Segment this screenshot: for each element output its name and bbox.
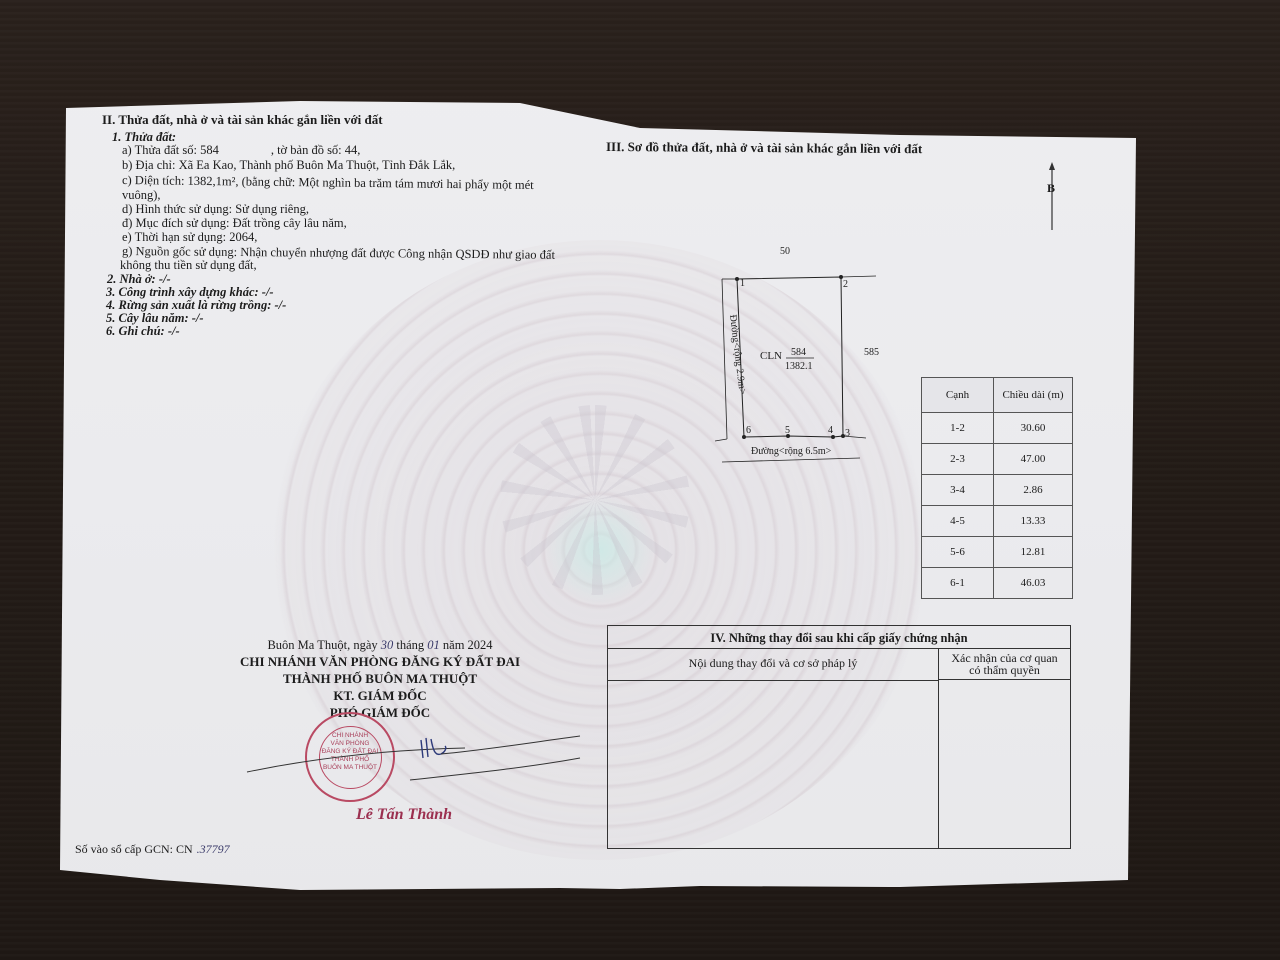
header-length: Chiều dài (m) (994, 378, 1073, 413)
svg-text:Đường<rộng 6.5m>: Đường<rộng 6.5m> (751, 446, 832, 457)
signature-block: Buôn Ma Thuột, ngày 30 tháng 01 năm 2024… (230, 638, 530, 721)
svg-text:584: 584 (791, 347, 806, 358)
usage-term-line: e) Thời hạn sử dụng: 2064, (122, 230, 257, 245)
signer-name: Lê Tấn Thành (356, 806, 452, 824)
area-line: c) Diện tích: 1382,1m², (bằng chữ: Một n… (122, 173, 534, 193)
changes-table: IV. Những thay đổi sau khi cấp giấy chứn… (607, 625, 1071, 849)
north-arrow-icon (1043, 162, 1063, 232)
office-city: THÀNH PHỐ BUÔN MA THUỘT (230, 670, 530, 687)
parcel-number-label: a) Thửa đất số: (122, 143, 200, 157)
north-label: B (1047, 181, 1055, 196)
registry-number: Số vào sổ cấp GCN: CN.37797 (75, 842, 230, 857)
table-row: 5-612.81 (922, 537, 1073, 568)
star-watermark-icon (500, 405, 690, 595)
table-row: 2-347.00 (922, 444, 1073, 475)
table-row: 6-146.03 (922, 568, 1073, 599)
issue-date: Buôn Ma Thuột, ngày 30 tháng 01 năm 2024 (230, 638, 530, 653)
office-name: CHI NHÁNH VĂN PHÒNG ĐĂNG KÝ ĐẤT ĐAI (230, 653, 530, 670)
svg-text:2: 2 (843, 279, 848, 290)
parcel-diagram: 50 585 CLN 584 1382.1 1 2 3 4 5 6 Đường<… (700, 240, 900, 470)
land-certificate-page: II. Thửa đất, nhà ở và tài sản khác gắn … (0, 0, 1280, 960)
section-3-title: III. Sơ đồ thửa đất, nhà ở và tài sản kh… (606, 139, 922, 157)
svg-text:Đường<rộng 2.9m>: Đường<rộng 2.9m> (727, 314, 748, 395)
svg-text:585: 585 (864, 347, 879, 358)
svg-text:4: 4 (828, 425, 833, 436)
issue-month: 01 (427, 638, 440, 652)
svg-text:5: 5 (785, 425, 790, 436)
svg-text:CLN: CLN (760, 350, 782, 362)
map-sheet-value: 44, (345, 143, 361, 157)
header-edge: Cạnh (922, 378, 994, 413)
signer-role-1: KT. GIÁM ĐỐC (230, 687, 530, 704)
map-sheet-label: , tờ bản đồ số: (271, 143, 345, 157)
table-row: 1-230.60 (922, 413, 1073, 444)
table-row: 4-513.33 (922, 506, 1073, 537)
column-divider (938, 680, 939, 848)
section-4-title: IV. Những thay đổi sau khi cấp giấy chứn… (608, 626, 1070, 649)
usage-purpose-line: đ) Mục đích sử dụng: Đất trồng cây lâu n… (122, 216, 347, 231)
issue-day: 30 (381, 638, 394, 652)
section-2-title: II. Thửa đất, nhà ở và tài sản khác gắn … (102, 112, 383, 128)
notes-item: 6. Ghi chú: -/- (106, 324, 180, 339)
svg-text:6: 6 (746, 425, 751, 436)
handwritten-signature-icon (245, 730, 585, 810)
signer-role-2: PHÓ GIÁM ĐỐC (230, 704, 530, 721)
svg-text:1: 1 (740, 278, 745, 289)
table-row: 3-42.86 (922, 475, 1073, 506)
changes-content-header: Nội dung thay đổi và cơ sở pháp lý (608, 648, 938, 681)
address-line: b) Địa chỉ: Xã Ea Kao, Thành phố Buôn Ma… (122, 158, 455, 173)
usage-origin-line-2: không thu tiền sử dụng đất, (120, 258, 257, 273)
svg-text:1382.1: 1382.1 (785, 361, 813, 372)
svg-text:50: 50 (780, 246, 790, 257)
usage-form-line: d) Hình thức sử dụng: Sử dụng riêng, (122, 202, 309, 217)
svg-text:3: 3 (845, 428, 850, 439)
parcel-number-value: 584 (200, 143, 219, 157)
registry-number-value: .37797 (197, 842, 230, 856)
authority-confirmation-header: Xác nhận của cơ quan có thẩm quyền (938, 648, 1070, 680)
parcel-number-line: a) Thửa đất số: 584, tờ bản đồ số: 44, (122, 143, 360, 158)
area-line-2: vuông), (122, 188, 161, 203)
edge-length-table: Cạnh Chiều dài (m) 1-230.60 2-347.00 3-4… (921, 377, 1073, 599)
